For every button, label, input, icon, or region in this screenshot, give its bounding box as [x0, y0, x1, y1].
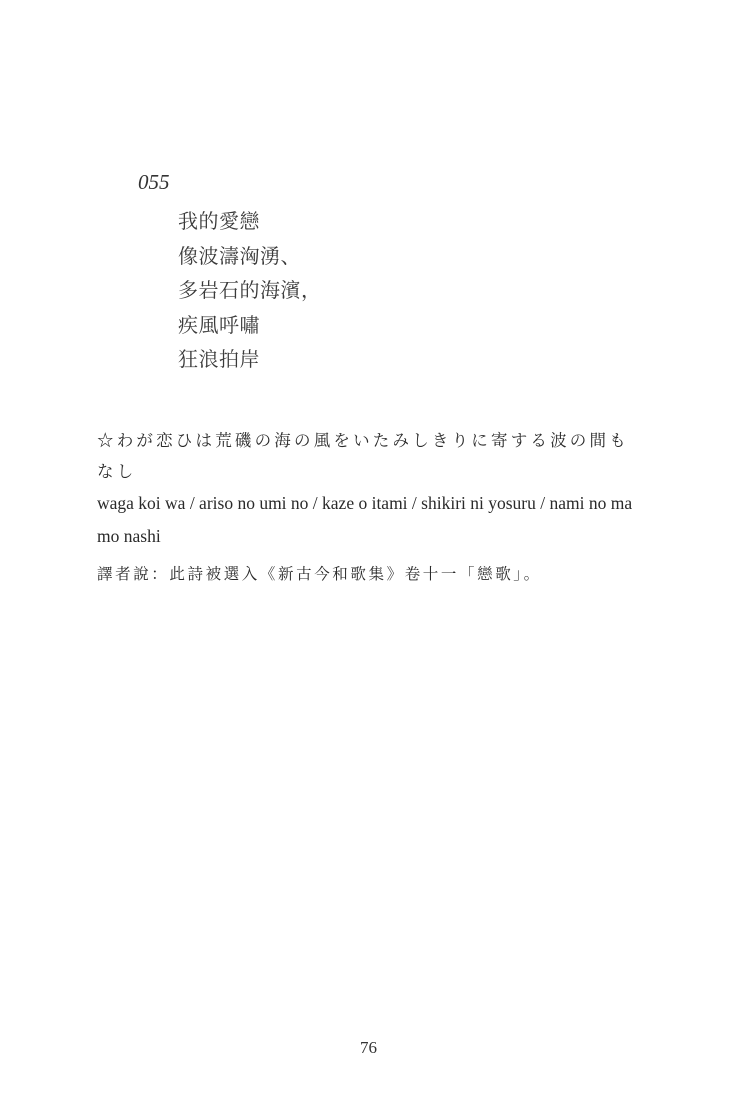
romanization: waga koi wa / ariso no umi no / kaze o i… — [97, 487, 657, 553]
poem-translation: 我的愛戀 像波濤洶湧、 多岩石的海濱， 疾風呼嘯 狂浪拍岸 — [178, 204, 322, 377]
poem-line: 多岩石的海濱， — [178, 273, 322, 308]
poem-line: 疾風呼嘯 — [178, 308, 322, 343]
translator-note: 譯者說：此詩被選入《新古今和歌集》卷十一「戀歌」。 — [97, 562, 542, 584]
poem-line: 我的愛戀 — [178, 204, 322, 239]
poem-number: 055 — [138, 170, 170, 195]
poem-line: 像波濤洶湧、 — [178, 239, 322, 274]
poem-line: 狂浪拍岸 — [178, 342, 322, 377]
original-japanese-text: ☆わが恋ひは荒磯の海の風をいたみしきりに寄する波の間もなし — [97, 425, 642, 487]
page-number: 76 — [0, 1038, 737, 1058]
